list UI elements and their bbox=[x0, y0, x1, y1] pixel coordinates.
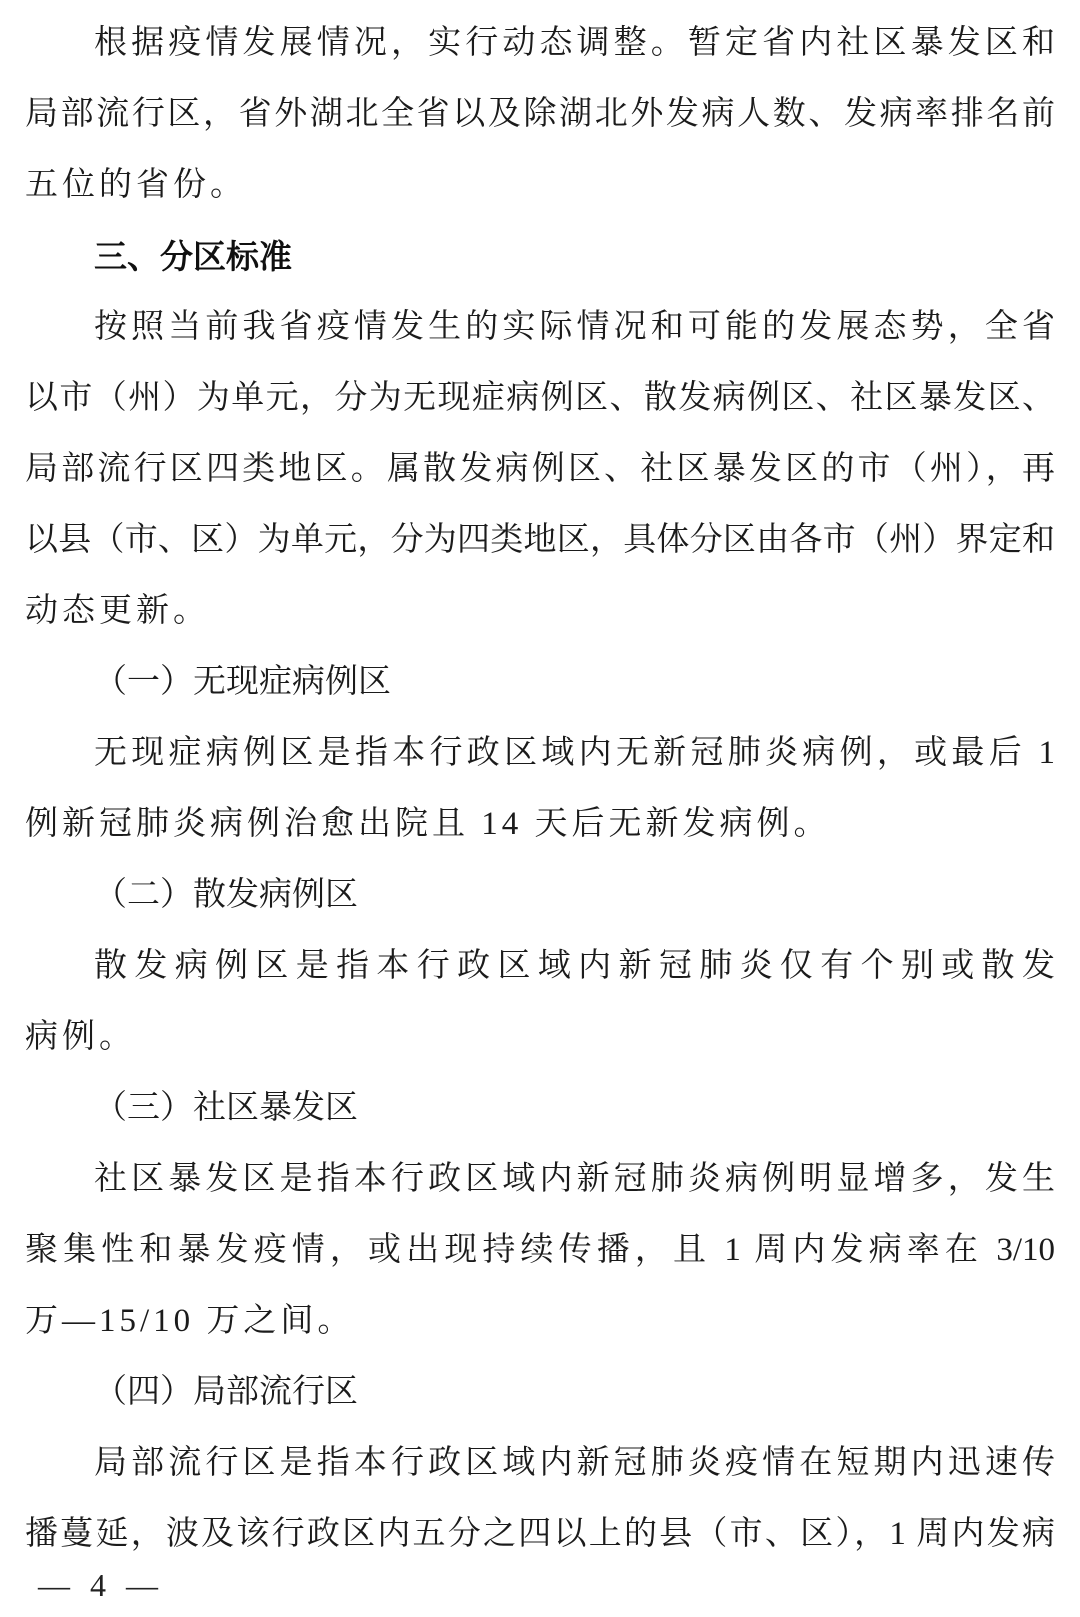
paragraph-line: 无现症病例区是指本行政区域内无新冠肺炎病例，或最后 1 bbox=[25, 718, 1055, 789]
paragraph-line: 局部流行区是指本行政区域内新冠肺炎疫情在短期内迅速传 bbox=[25, 1428, 1055, 1499]
paragraph-line: 例新冠肺炎病例治愈出院且 14 天后无新发病例。 bbox=[25, 789, 1055, 860]
paragraph-line: 病例。 bbox=[25, 1002, 1055, 1073]
paragraph-line: 按照当前我省疫情发生的实际情况和可能的发展态势，全省 bbox=[25, 292, 1055, 363]
subsection-heading-4: （四）局部流行区 bbox=[25, 1357, 1055, 1428]
document-page: 根据疫情发展情况，实行动态调整。暂定省内社区暴发区和 局部流行区，省外湖北全省以… bbox=[0, 0, 1080, 1617]
section-heading: 三、分区标准 bbox=[25, 221, 1055, 292]
paragraph-line: 局部流行区，省外湖北全省以及除湖北外发病人数、发病率排名前 bbox=[25, 79, 1055, 150]
paragraph-line: 根据疫情发展情况，实行动态调整。暂定省内社区暴发区和 bbox=[25, 8, 1055, 79]
subsection-heading-2: （二）散发病例区 bbox=[25, 860, 1055, 931]
page-number: — 4 — bbox=[38, 1568, 1055, 1602]
paragraph-line: 五位的省份。 bbox=[25, 150, 1055, 221]
paragraph-line: 聚集性和暴发疫情，或出现持续传播，且 1 周内发病率在 3/10 bbox=[25, 1215, 1055, 1286]
subsection-heading-3: （三）社区暴发区 bbox=[25, 1073, 1055, 1144]
paragraph-line: 散发病例区是指本行政区域内新冠肺炎仅有个别或散发 bbox=[25, 931, 1055, 1002]
subsection-heading-1: （一）无现症病例区 bbox=[25, 647, 1055, 718]
paragraph-line: 局部流行区四类地区。属散发病例区、社区暴发区的市（州），再 bbox=[25, 434, 1055, 505]
paragraph-line: 以市（州）为单元，分为无现症病例区、散发病例区、社区暴发区、 bbox=[25, 363, 1055, 434]
paragraph-line: 社区暴发区是指本行政区域内新冠肺炎病例明显增多，发生 bbox=[25, 1144, 1055, 1215]
paragraph-line: 以县（市、区）为单元，分为四类地区，具体分区由各市（州）界定和 bbox=[25, 505, 1055, 576]
paragraph-line: 动态更新。 bbox=[25, 576, 1055, 647]
paragraph-line: 播蔓延，波及该行政区内五分之四以上的县（市、区），1 周内发病 bbox=[25, 1499, 1055, 1570]
paragraph-line: 万—15/10 万之间。 bbox=[25, 1286, 1055, 1357]
